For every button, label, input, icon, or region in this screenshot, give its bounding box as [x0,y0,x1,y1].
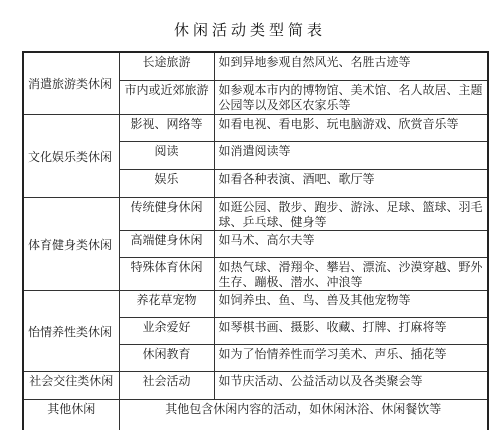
example-cell: 如看各种表演、酒吧、歌厅等 [214,170,488,198]
example-cell: 如节庆活动、公益活动以及各类聚会等 [214,372,488,400]
category-cell: 体育健身类休闲 [23,198,119,291]
page-title: 休闲活动类型简表 [0,20,500,40]
type-cell: 影视、网络等 [119,115,214,142]
type-cell: 娱乐 [119,170,214,198]
table-row: 怡情养性类休闲 养花草宠物 如饲养虫、鱼、鸟、兽及其他宠物等 [23,291,488,318]
type-cell: 休闲教育 [119,345,214,372]
table-row: 社会交往类休闲 社会活动 如节庆活动、公益活动以及各类聚会等 [23,372,488,400]
table-row: 消遣旅游类休闲 长途旅游 如到异地参观自然风光、名胜古迹等 [23,52,488,81]
table-row: 文化娱乐类休闲 影视、网络等 如看电视、看电影、玩电脑游戏、欣赏音乐等 [23,115,488,142]
table-row: 其他休闲 其他包含休闲内容的活动，如休闲沐浴、休闲餐饮等 [23,400,488,430]
type-cell: 业余爱好 [119,318,214,345]
example-cell: 如参观本市内的博物馆、美术馆、名人故居、主题公园等以及郊区农家乐等 [214,81,488,115]
category-cell: 其他休闲 [23,400,119,430]
type-cell: 传统健身休闲 [119,198,214,231]
description-cell: 其他包含休闲内容的活动，如休闲沐浴、休闲餐饮等 [119,400,488,430]
example-cell: 如看电视、看电影、玩电脑游戏、欣赏音乐等 [214,115,488,142]
table-row: 体育健身类休闲 传统健身休闲 如逛公园、散步、跑步、游泳、足球、篮球、羽毛球、乒… [23,198,488,231]
category-cell: 社会交往类休闲 [23,372,119,400]
example-cell: 如马术、高尔夫等 [214,231,488,258]
leisure-types-table: 消遣旅游类休闲 长途旅游 如到异地参观自然风光、名胜古迹等 市内或近郊旅游 如参… [22,51,489,430]
category-cell: 文化娱乐类休闲 [23,115,119,198]
example-cell: 如到异地参观自然风光、名胜古迹等 [214,52,488,81]
example-cell: 如热气球、滑翔伞、攀岩、漂流、沙漠穿越、野外生存、蹦极、潜水、冲浪等 [214,258,488,291]
type-cell: 长途旅游 [119,52,214,81]
type-cell: 高端健身休闲 [119,231,214,258]
example-cell: 如逛公园、散步、跑步、游泳、足球、篮球、羽毛球、乒乓球、健身等 [214,198,488,231]
type-cell: 养花草宠物 [119,291,214,318]
type-cell: 特殊体育休闲 [119,258,214,291]
example-cell: 如消遣阅读等 [214,142,488,170]
example-cell: 如为了怡情养性而学习美术、声乐、插花等 [214,345,488,372]
example-cell: 如饲养虫、鱼、鸟、兽及其他宠物等 [214,291,488,318]
example-cell: 如琴棋书画、摄影、收藏、打牌、打麻将等 [214,318,488,345]
type-cell: 市内或近郊旅游 [119,81,214,115]
category-cell: 怡情养性类休闲 [23,291,119,372]
category-cell: 消遣旅游类休闲 [23,52,119,115]
type-cell: 阅读 [119,142,214,170]
type-cell: 社会活动 [119,372,214,400]
